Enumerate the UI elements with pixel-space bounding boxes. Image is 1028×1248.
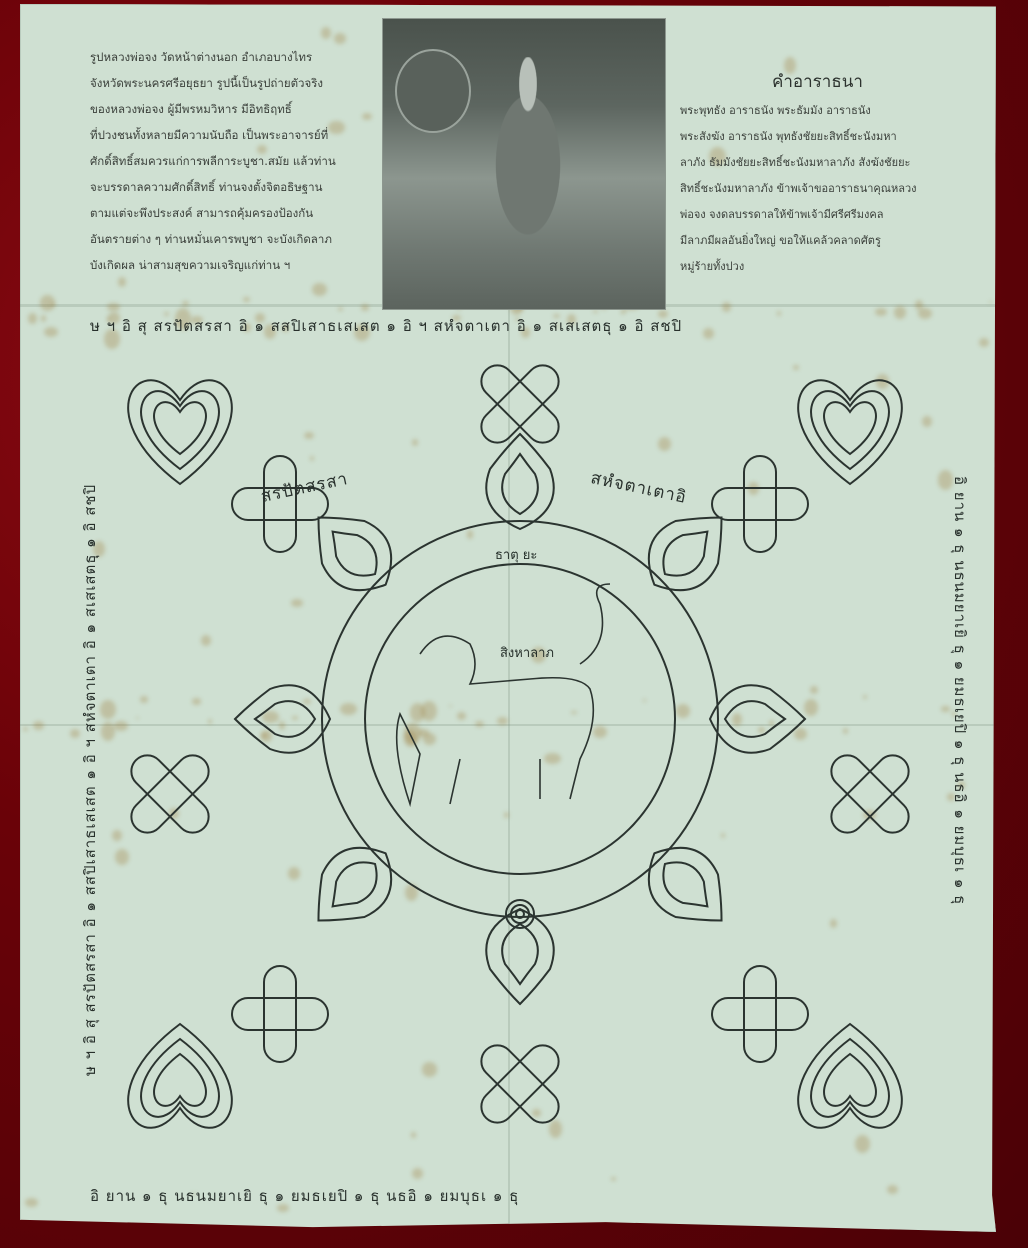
yantra-diagram [20, 4, 996, 1232]
center-label: สิงหาลาภ [500, 642, 554, 663]
yantra-cloth: รูปหลวงพ่อจง วัดหน้าต่างนอก อำเภอบางไทร … [20, 4, 996, 1232]
inner-ring [365, 564, 675, 874]
outer-ring [322, 521, 718, 917]
ring-label-top: ธาตุ ยะ [495, 544, 537, 565]
